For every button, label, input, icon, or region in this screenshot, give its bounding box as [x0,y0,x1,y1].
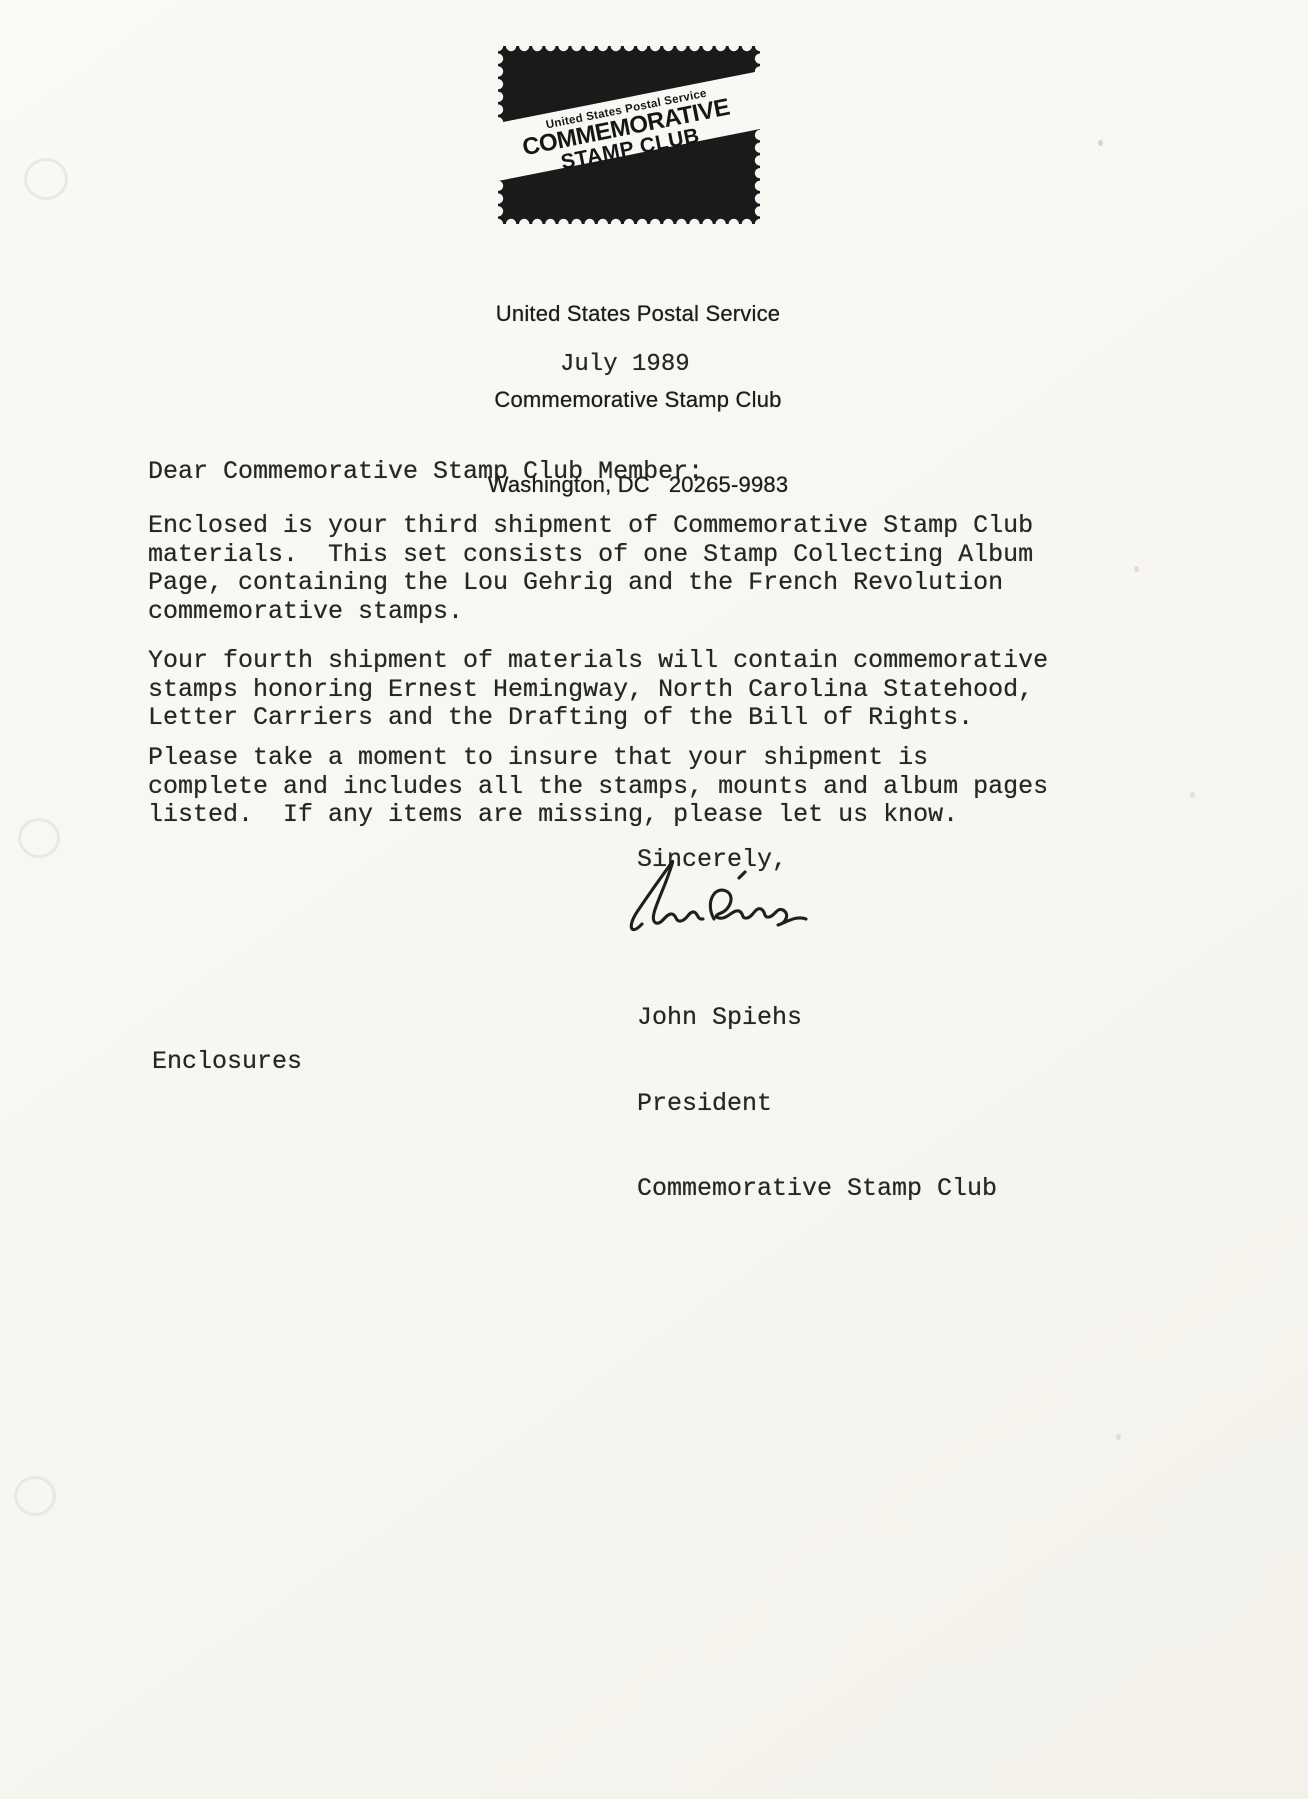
signer-org: Commemorative Stamp Club [637,1175,997,1204]
punch-hole-artifact-top [24,158,68,200]
signer-name: John Spiehs [637,1004,997,1033]
punch-hole-artifact-middle [18,818,60,858]
scan-speck [1134,566,1139,572]
signature-stroke-first [631,861,703,929]
scan-speck [1190,792,1195,798]
signature-block: John Spiehs President Commemorative Stam… [637,947,997,1261]
signer-title: President [637,1090,997,1119]
scan-speck [1116,1434,1121,1440]
letterhead-address: United States Postal Service Commemorati… [448,243,828,557]
salutation: Dear Commemorative Stamp Club Member: [148,458,703,487]
letter-page: United States Postal Service COMMEMORATI… [0,0,1308,1799]
scan-speck [1098,140,1103,146]
letter-date: July 1989 [560,351,690,380]
body-paragraph-2: Your fourth shipment of materials will c… [148,647,1048,733]
letterhead-club: Commemorative Stamp Club [448,386,828,415]
handwritten-signature [626,856,821,948]
body-paragraph-1: Enclosed is your third shipment of Comme… [148,512,1033,626]
enclosures-note: Enclosures [152,1048,302,1077]
body-paragraph-3: Please take a moment to insure that your… [148,744,1048,830]
punch-hole-artifact-bottom [14,1476,56,1516]
letterhead-org: United States Postal Service [448,300,828,329]
stamp-club-logo: United States Postal Service COMMEMORATI… [498,46,760,224]
signature-i-dot [739,872,745,878]
signature-stroke-second [710,890,806,925]
